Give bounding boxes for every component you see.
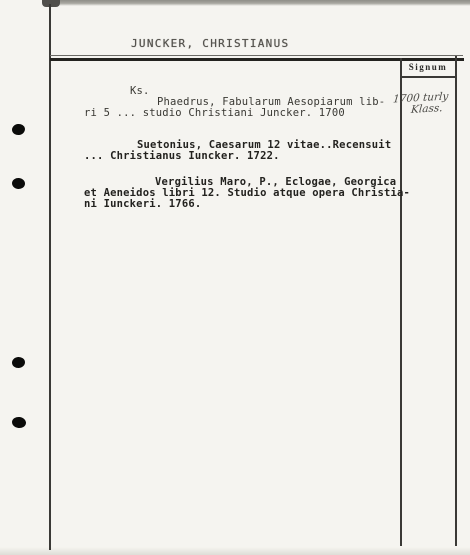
punch-hole	[12, 357, 26, 369]
punch-hole	[11, 123, 25, 136]
signum-column-left-rule	[400, 58, 402, 546]
scan-top-edge	[47, 0, 470, 6]
entry-phaedrus-line3: ri 5 ... studio Christiani Juncker. 1700	[84, 108, 345, 119]
signum-header-underline	[401, 76, 455, 78]
punch-hole	[12, 177, 26, 189]
handwritten-shelfmark-line2: Klass.	[410, 102, 443, 116]
entry-phaedrus-line1: Ks.	[130, 86, 150, 97]
scan-edge-smudge	[42, 0, 60, 7]
punch-hole	[11, 416, 26, 429]
scan-bottom-edge	[0, 547, 470, 555]
signum-column-header: Signum	[401, 62, 455, 72]
card-heading: JUNCKER, CHRISTIANUS	[131, 38, 289, 49]
catalog-card: JUNCKER, CHRISTIANUS Signum 1700 turly K…	[0, 0, 470, 555]
signum-column-right-rule	[455, 56, 457, 546]
entry-suetonius-line2: ... Christianus Iuncker. 1722.	[84, 151, 280, 162]
header-double-rule-thin	[50, 55, 463, 56]
left-margin-rule	[49, 4, 51, 550]
entry-vergilius-line3: ni Iunckeri. 1766.	[84, 199, 201, 210]
